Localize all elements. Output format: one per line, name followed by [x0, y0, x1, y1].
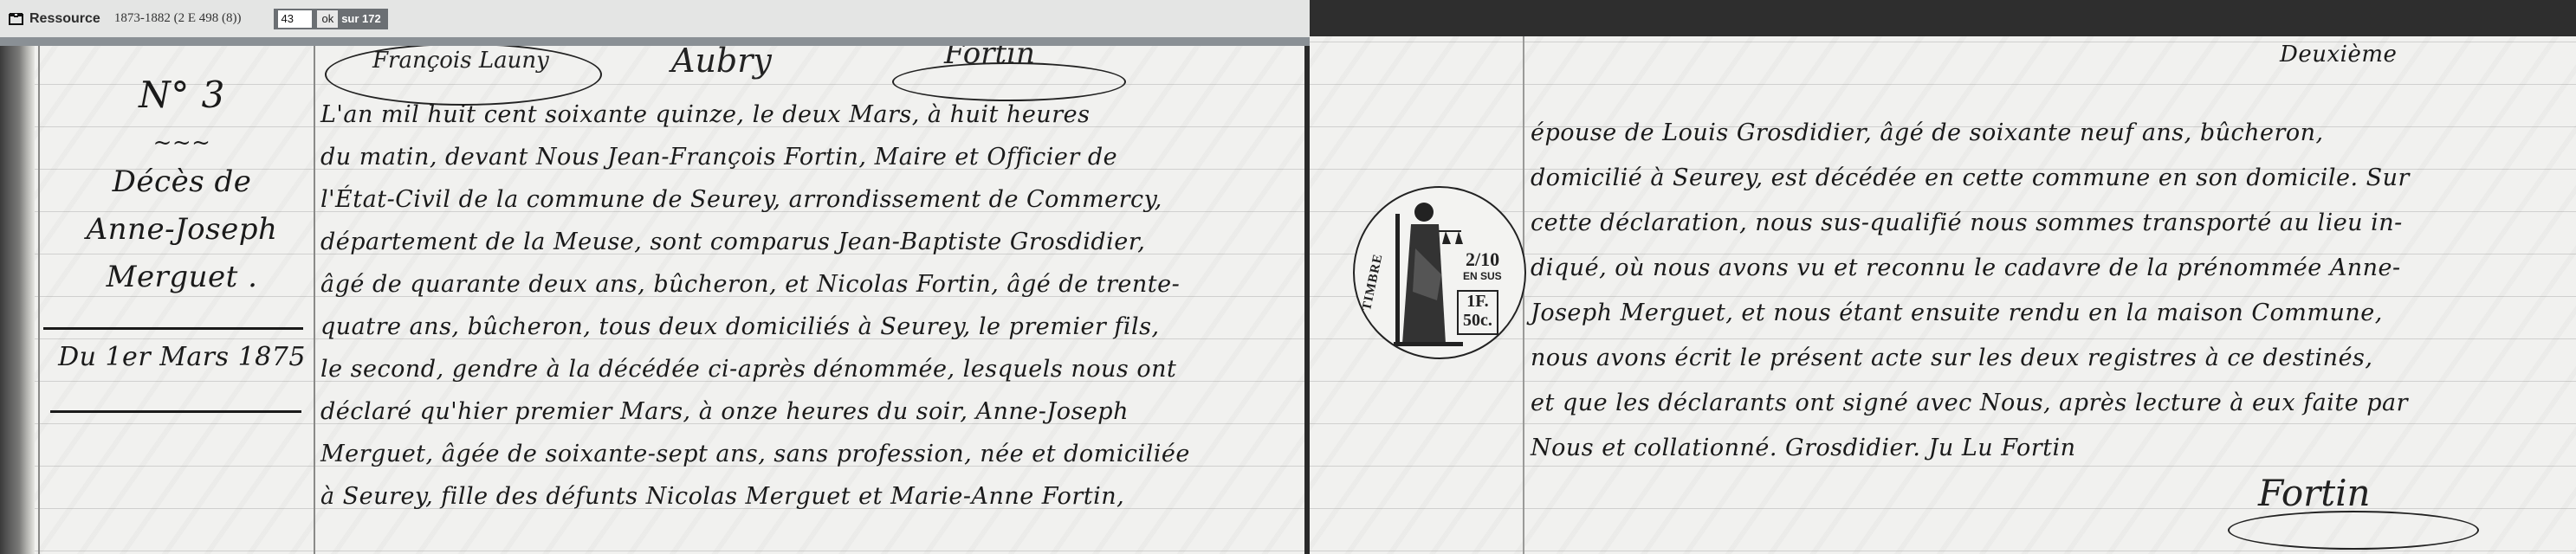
- margin-separator-top: [43, 327, 303, 330]
- margin-separator-bottom: [50, 410, 301, 413]
- document-page-left[interactable]: N° 3 ~~~ Décès de Anne-Joseph Merguet . …: [0, 0, 1310, 554]
- act-line: et que les déclarants ont signé avec Nou…: [1531, 390, 2408, 416]
- margin-title-1: Décès de: [52, 164, 312, 199]
- act-line: Joseph Merguet, et nous étant ensuite re…: [1531, 300, 2383, 326]
- act-line: Nous et collationné. Grosdidier. Ju Lu F…: [1531, 435, 2076, 461]
- archive-box-icon: [9, 12, 23, 25]
- signature-2: Aubry: [671, 42, 772, 80]
- act-line: Merguet, âgée de soixante-sept ans, sans…: [320, 441, 1190, 467]
- margin-title-2: Anne-Joseph: [52, 212, 312, 247]
- stamp-fraction: 2/10: [1466, 248, 1499, 271]
- act-line: nous avons écrit le présent acte sur les…: [1531, 345, 2373, 371]
- flourish: ~~~: [52, 130, 312, 156]
- act-line: quatre ans, bûcheron, tous deux domicili…: [320, 313, 1160, 340]
- viewer-header: Ressource 1873-1882 (2 E 498 (8)) ok sur…: [0, 0, 1310, 37]
- document-page-right[interactable]: Deuxième TIMBRE 2/10 EN SUS 1F. 50c. épo…: [1310, 0, 2576, 554]
- act-line: à Seurey, fille des défunts Nicolas Merg…: [320, 483, 1124, 510]
- corner-note: Deuxième: [2280, 42, 2397, 68]
- margin-title-3: Merguet .: [52, 260, 312, 294]
- page-total: sur 172: [341, 12, 381, 25]
- book-binding: [0, 0, 35, 554]
- column-rule: [314, 46, 315, 554]
- signature-1: François Launy: [372, 48, 549, 74]
- act-line: domicilié à Seurey, est décédée en cette…: [1531, 164, 2410, 191]
- act-line: cette déclaration, nous sus-qualifié nou…: [1531, 209, 2403, 236]
- stamp-word: TIMBRE: [1360, 253, 1387, 312]
- act-line: département de la Meuse, sont comparus J…: [320, 229, 1145, 255]
- act-line: L'an mil huit cent soixante quinze, le d…: [320, 101, 1090, 128]
- act-line: diqué, où nous avons vu et reconnu le ca…: [1531, 254, 2401, 281]
- stamp-fraction-note: EN SUS: [1463, 270, 1502, 282]
- act-line: déclaré qu'hier premier Mars, à onze heu…: [320, 398, 1129, 425]
- margin-rule: [38, 46, 40, 554]
- act-line: épouse de Louis Grosdidier, âgé de soixa…: [1531, 119, 2324, 146]
- page-number-input[interactable]: [278, 10, 312, 28]
- resource-reference: 1873-1882 (2 E 498 (8)): [114, 11, 242, 26]
- resource-label: Ressource: [29, 11, 100, 27]
- act-line: le second, gendre à la décédée ci-après …: [320, 356, 1176, 383]
- act-line: du matin, devant Nous Jean-François Fort…: [320, 144, 1117, 171]
- revenue-stamp: TIMBRE 2/10 EN SUS 1F. 50c.: [1353, 186, 1526, 359]
- act-number: N° 3: [52, 74, 312, 116]
- justice-figure-icon: [1394, 196, 1463, 348]
- stamp-cents: 50c.: [1459, 311, 1497, 330]
- act-line: âgé de quarante deux ans, bûcheron, et N…: [320, 271, 1180, 298]
- signature-flourish: [2228, 511, 2479, 550]
- mayor-signature: Fortin: [2258, 472, 2371, 514]
- stamp-price: 1F. 50c.: [1457, 290, 1498, 335]
- header-divider: [0, 37, 1310, 46]
- page-navigator: ok sur 172: [274, 9, 387, 29]
- scan-border: [1310, 0, 2576, 36]
- stamp-francs: 1F.: [1459, 292, 1497, 311]
- act-line: l'État-Civil de la commune de Seurey, ar…: [320, 186, 1162, 213]
- margin-date: Du 1er Mars 1875: [52, 342, 312, 372]
- go-to-page-button[interactable]: ok: [317, 10, 338, 28]
